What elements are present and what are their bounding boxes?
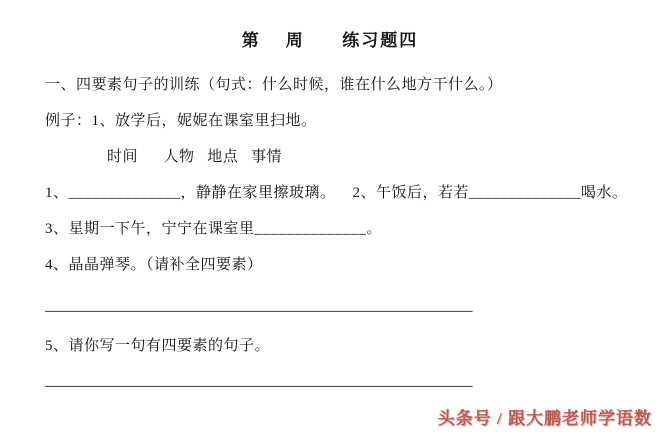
answer-blank-line-2: ________________________________________… (45, 371, 473, 391)
worksheet-page: 第 周 练习题四 一、四要素句子的训练（句式：什么时候，谁在什么地方干什么。） … (0, 0, 660, 436)
worksheet-title: 第 周 练习题四 (0, 31, 660, 51)
section-heading: 一、四要素句子的训练（句式：什么时候，谁在什么地方干什么。） (45, 75, 503, 95)
question-1-and-2: 1、______________，静静在家里擦玻璃。 2、午饭后，若若_____… (45, 183, 628, 203)
answer-blank-line-1: ________________________________________… (45, 296, 473, 316)
example-sentence: 例子：1、放学后，妮妮在课室里扫地。 (45, 111, 317, 131)
question-3: 3、星期一下午，宁宁在课室里______________。 (45, 219, 382, 239)
four-elements-labels: 时间 人物 地点 事情 (107, 147, 282, 167)
watermark-text: 头条号 / 跟大鹏老师学语数 (438, 409, 652, 429)
question-4: 4、晶晶弹琴。（请补全四要素） (45, 255, 263, 275)
question-5: 5、请你写一句有四要素的句子。 (45, 336, 270, 356)
